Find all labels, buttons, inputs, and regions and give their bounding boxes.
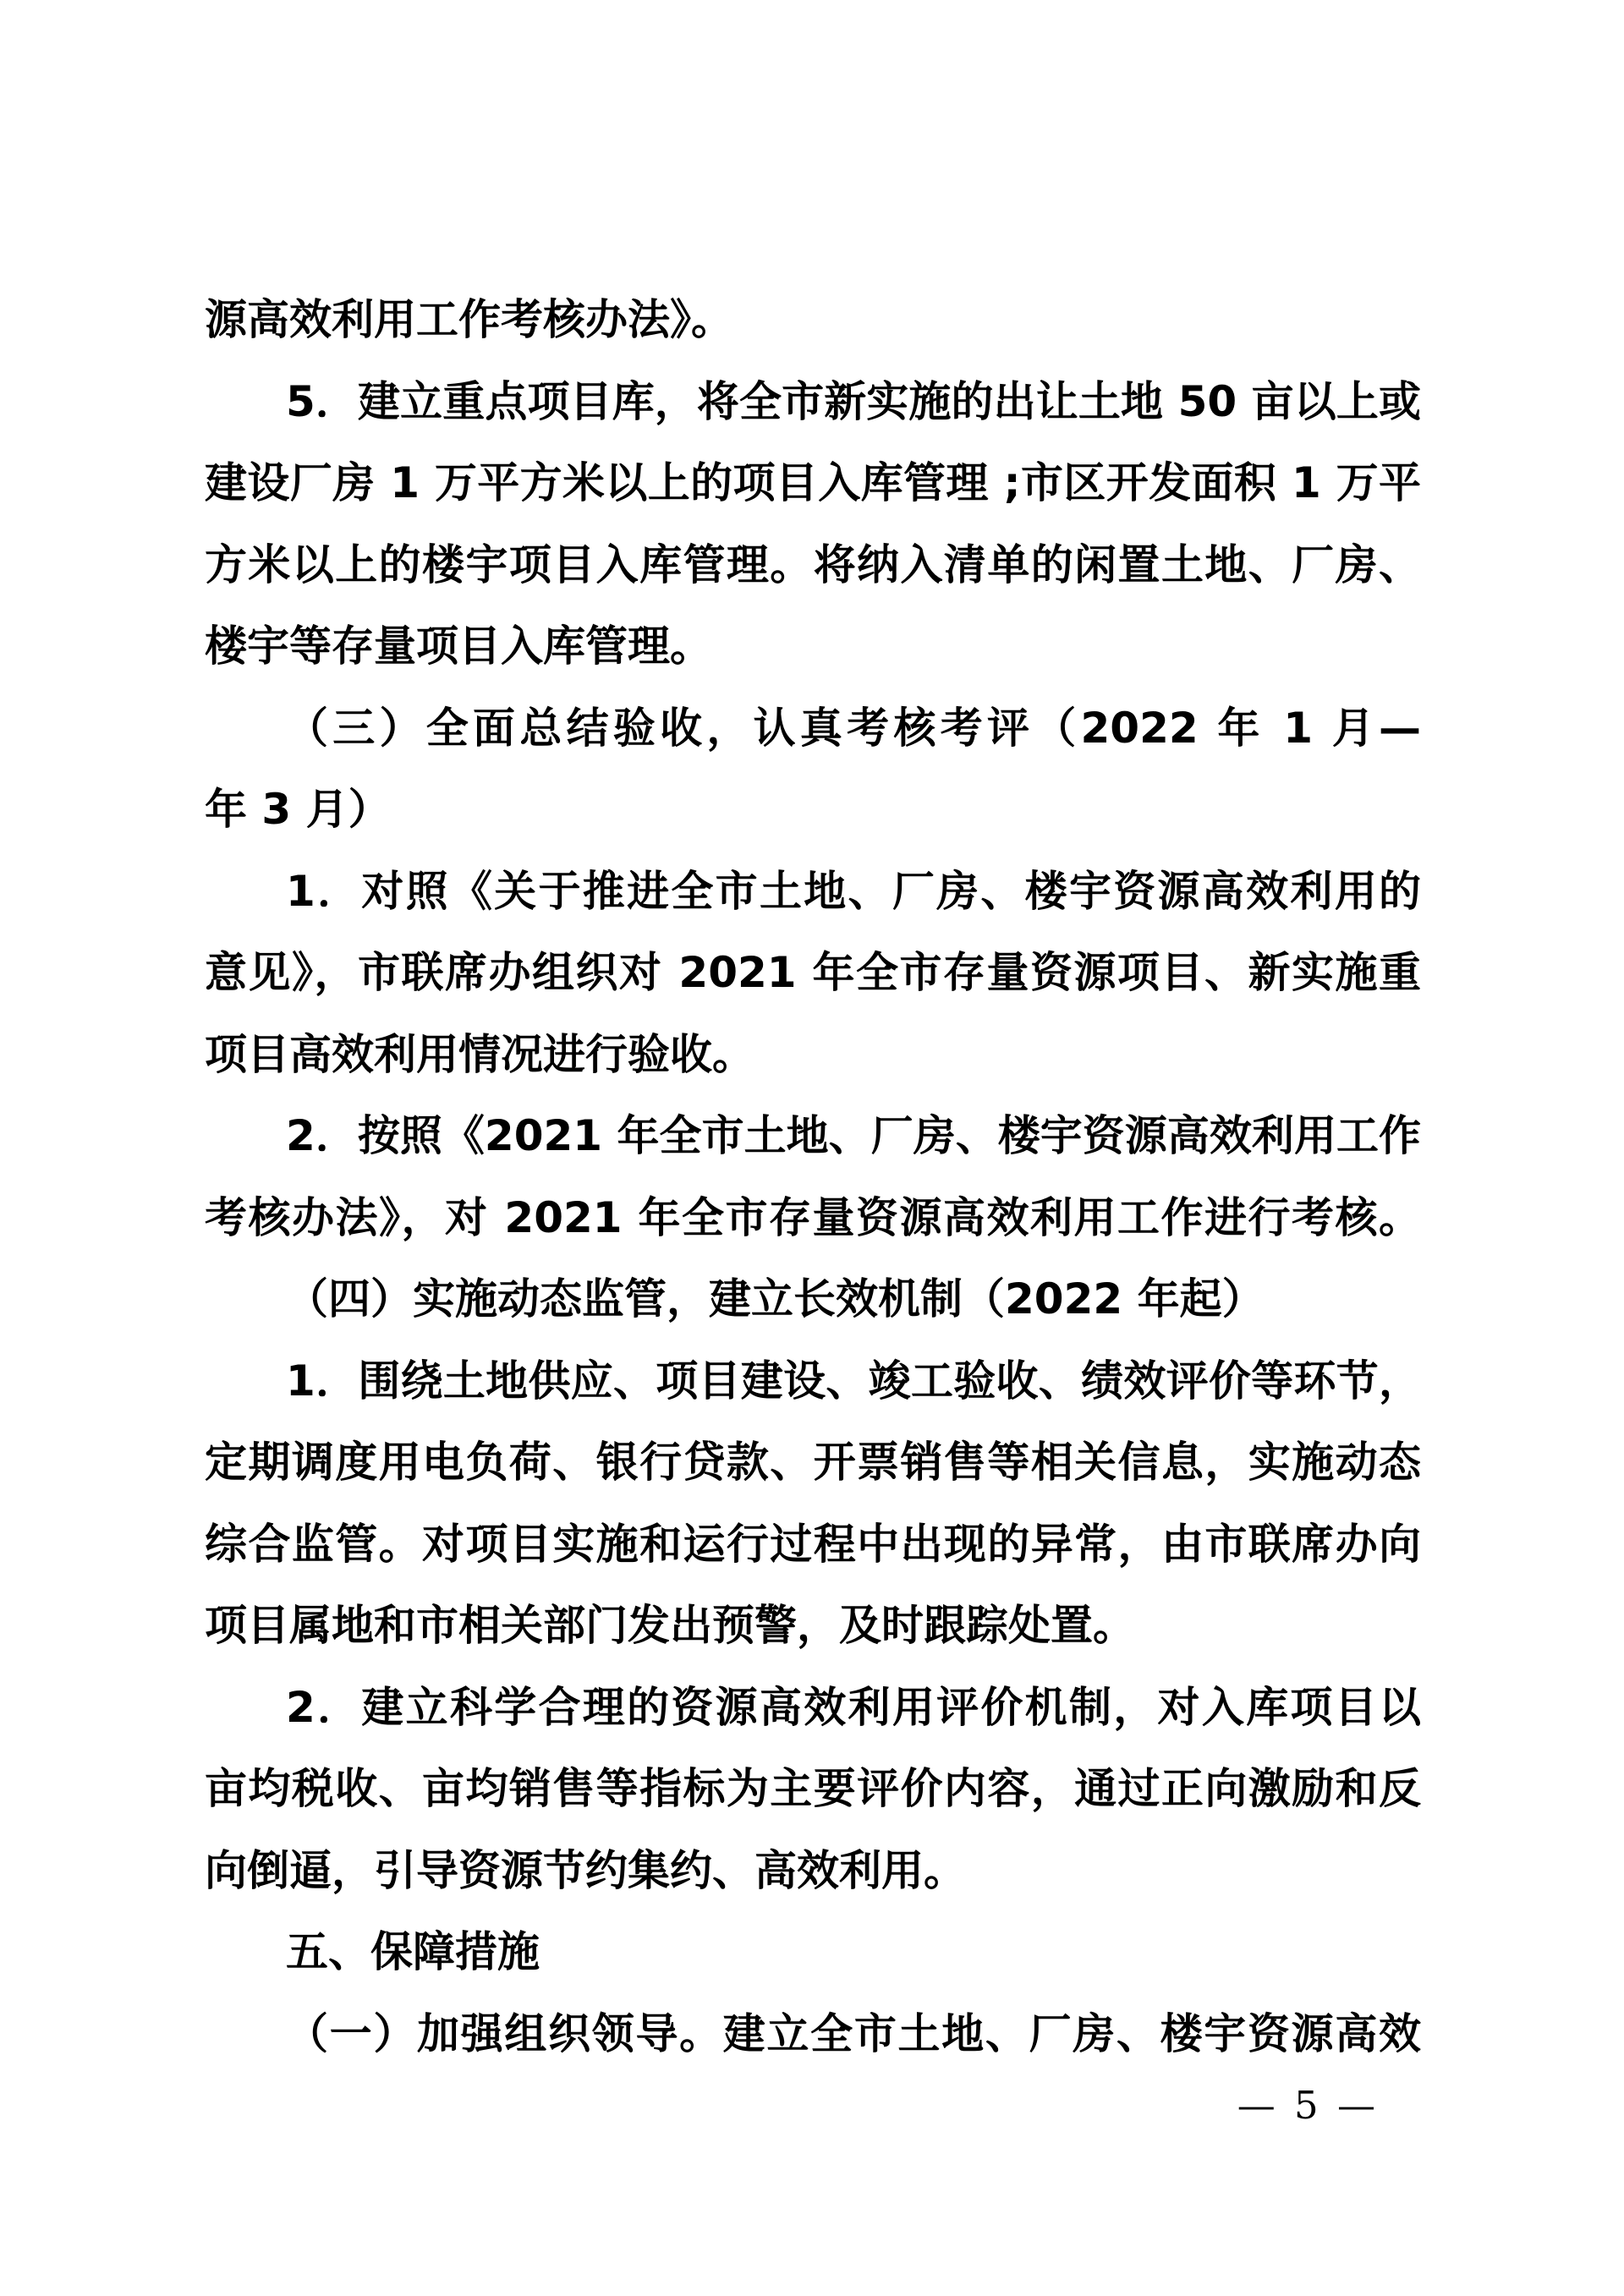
body-line: 2．建立科学合理的资源高效利用评价机制，对入库项目以 [205, 1667, 1421, 1749]
body-line: 考核办法》，对 2021 年全市存量资源高效利用工作进行考核。 [205, 1177, 1421, 1259]
body-line section-heading: （四）实施动态监管，建立长效机制（2022 年起） [205, 1258, 1421, 1340]
body-line: 亩均税收、亩均销售等指标为主要评价内容，通过正向激励和反 [205, 1748, 1421, 1830]
body-line: 项目属地和市相关部门发出预警，及时跟踪处置。 [205, 1585, 1421, 1667]
body-line: （一）加强组织领导。建立全市土地、厂房、楼宇资源高效 [205, 1993, 1421, 2075]
body-line: （三）全面总结验收，认真考核考评（2022 年 1 月—2022 [205, 688, 1421, 770]
body-line: 定期调度用电负荷、银行贷款、开票销售等相关信息，实施动态 [205, 1422, 1421, 1504]
body-line: 向倒逼，引导资源节约集约、高效利用。 [205, 1830, 1421, 1912]
body-line section-heading: 五、保障措施 [205, 1911, 1421, 1993]
page-number: — 5 — [1237, 2079, 1379, 2133]
body-line: 1．对照《关于推进全市土地、厂房、楼宇资源高效利用的 [205, 851, 1421, 933]
body-line: 年 3 月） [205, 769, 1421, 851]
body-line: 意见》，市联席办组织对 2021 年全市存量资源项目、新实施重点 [205, 932, 1421, 1014]
body-line: 源高效利用工作考核办法》。 [205, 279, 1421, 361]
body-line: 综合监管。对项目实施和运行过程中出现的异常，由市联席办向 [205, 1504, 1421, 1586]
body-line: 2．按照《2021 年全市土地、厂房、楼宇资源高效利用工作 [205, 1095, 1421, 1177]
body-line: 楼宇等存量项目入库管理。 [205, 606, 1421, 688]
body-line: 方米以上的楼宇项目入库管理。将纳入清单的闲置土地、厂房、 [205, 524, 1421, 606]
document-body: 源高效利用工作考核办法》。 5．建立重点项目库，将全市新实施的出让土地 50 亩… [205, 279, 1421, 2074]
body-line: 建设厂房 1 万平方米以上的项目入库管理 ;市区开发面积 1 万平 [205, 442, 1421, 524]
document-page: 源高效利用工作考核办法》。 5．建立重点项目库，将全市新实施的出让土地 50 亩… [0, 0, 1624, 2296]
body-line: 5．建立重点项目库，将全市新实施的出让土地 50 亩以上或 [205, 361, 1421, 443]
body-line: 1．围绕土地供应、项目建设、竣工验收、绩效评价等环节， [205, 1340, 1421, 1422]
body-line: 项目高效利用情况进行验收。 [205, 1014, 1421, 1096]
